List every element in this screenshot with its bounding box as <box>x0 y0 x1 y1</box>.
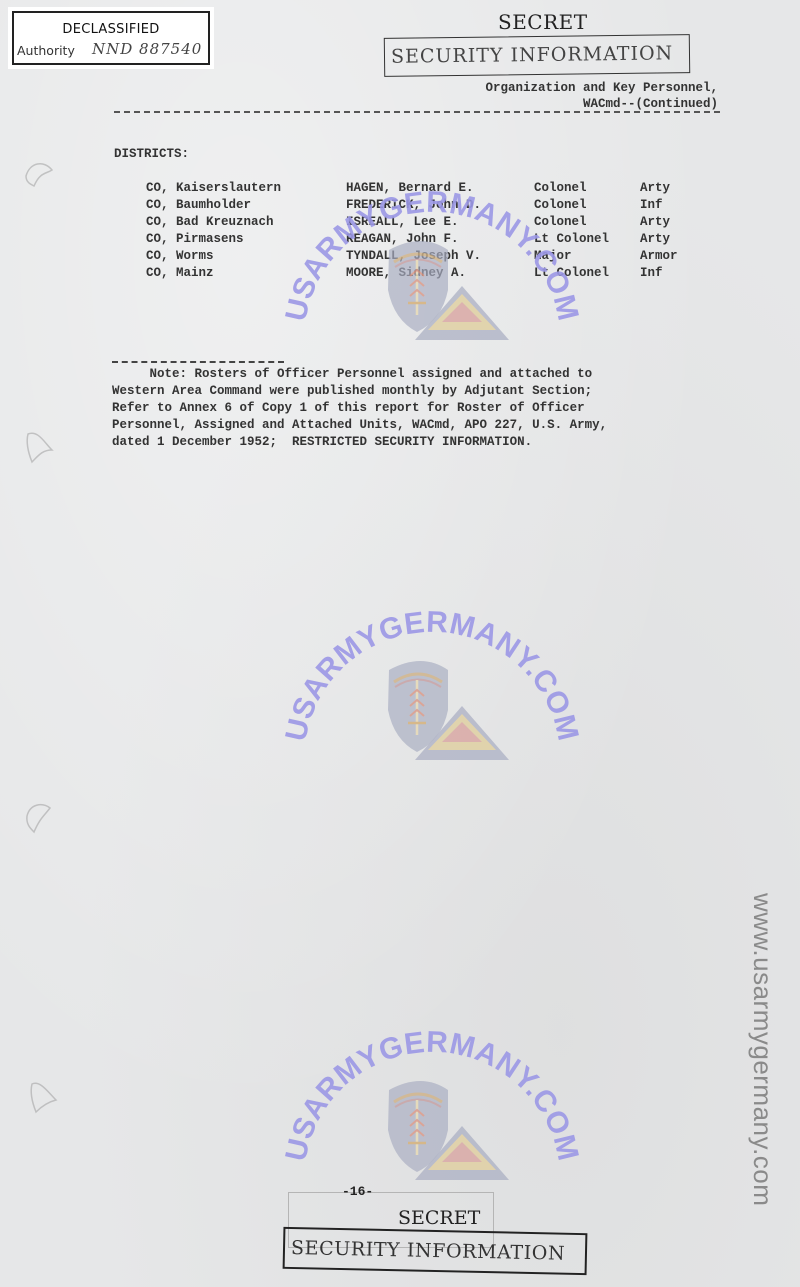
classification-bottom: SECRET <box>398 1207 480 1229</box>
security-information-stamp-bottom: SECURITY INFORMATION <box>283 1227 588 1275</box>
roster-row: CO, Kaiserslautern HAGEN, Bernard E. Col… <box>146 180 706 197</box>
roster-row: CO, Bad Kreuznach ISREALL, Lee E. Colone… <box>146 214 706 231</box>
watermark-logo: USARMYGERMANY.COM <box>282 1030 582 1195</box>
branch: Inf <box>640 197 663 214</box>
note-line: Refer to Annex 6 of Copy 1 of this repor… <box>112 400 712 417</box>
staple-mark-icon <box>22 156 56 194</box>
branch: Inf <box>640 265 663 282</box>
svg-text:USARMYGERMANY.COM: USARMYGERMANY.COM <box>282 610 582 744</box>
districts-roster: CO, Kaiserslautern HAGEN, Bernard E. Col… <box>146 180 706 282</box>
authority-value: NND 887540 <box>92 40 202 58</box>
classification-top: SECRET <box>498 10 588 34</box>
roster-row: CO, Pirmasens REAGAN, John F. Lt Colonel… <box>146 231 706 248</box>
header-line-2: WACmd--(Continued) <box>485 96 718 112</box>
security-information-stamp-top: SECURITY INFORMATION <box>384 34 690 77</box>
section-label: DISTRICTS: <box>114 147 189 161</box>
branch: Armor <box>640 248 678 265</box>
post: CO, Bad Kreuznach <box>146 214 274 231</box>
officer-name: ISREALL, Lee E. <box>346 214 459 231</box>
header-line-1: Organization and Key Personnel, <box>485 80 718 96</box>
note-line: Personnel, Assigned and Attached Units, … <box>112 417 712 434</box>
branch: Arty <box>640 231 670 248</box>
post: CO, Baumholder <box>146 197 251 214</box>
watermark-logo: USARMYGERMANY.COM <box>282 610 582 775</box>
staple-mark-icon <box>22 798 56 836</box>
note-line: Western Area Command were published mont… <box>112 383 712 400</box>
footnote: Note: Rosters of Officer Personnel assig… <box>112 366 712 451</box>
staple-mark-icon <box>22 428 56 466</box>
post: CO, Pirmasens <box>146 231 244 248</box>
declassified-title: DECLASSIFIED <box>14 22 208 37</box>
document-page: DECLASSIFIED Authority NND 887540 SECRET… <box>0 0 800 1287</box>
rank: Colonel <box>534 197 587 214</box>
side-url-text: www.usarmygermany.com <box>747 893 778 1206</box>
roster-row: CO, Mainz MOORE, Sidney A. Lt Colonel In… <box>146 265 706 282</box>
roster-row: CO, Baumholder FREDERICK, John D. Colone… <box>146 197 706 214</box>
officer-name: FREDERICK, John D. <box>346 197 481 214</box>
rank: Lt Colonel <box>534 265 609 282</box>
rank: Colonel <box>534 180 587 197</box>
side-watermark-url: www.usarmygermany.com <box>748 893 788 1253</box>
officer-name: TYNDALL, Joseph V. <box>346 248 481 265</box>
page-number: -16- <box>342 1184 373 1199</box>
svg-text:USARMYGERMANY.COM: USARMYGERMANY.COM <box>282 1030 582 1164</box>
post: CO, Mainz <box>146 265 214 282</box>
officer-name: MOORE, Sidney A. <box>346 265 466 282</box>
branch: Arty <box>640 180 670 197</box>
note-line: dated 1 December 1952; RESTRICTED SECURI… <box>112 434 712 451</box>
note-divider <box>112 361 284 363</box>
branch: Arty <box>640 214 670 231</box>
note-line: Note: Rosters of Officer Personnel assig… <box>112 366 712 383</box>
rank: Colonel <box>534 214 587 231</box>
page-header: Organization and Key Personnel, WACmd--(… <box>485 80 718 112</box>
declassified-stamp: DECLASSIFIED Authority NND 887540 <box>8 7 214 69</box>
officer-name: REAGAN, John F. <box>346 231 459 248</box>
authority-label: Authority <box>17 43 75 58</box>
officer-name: HAGEN, Bernard E. <box>346 180 474 197</box>
rank: Lt Colonel <box>534 231 609 248</box>
header-divider <box>114 111 720 113</box>
rank: Major <box>534 248 572 265</box>
post: CO, Kaiserslautern <box>146 180 281 197</box>
roster-row: CO, Worms TYNDALL, Joseph V. Major Armor <box>146 248 706 265</box>
staple-mark-icon <box>26 1076 60 1114</box>
post: CO, Worms <box>146 248 214 265</box>
